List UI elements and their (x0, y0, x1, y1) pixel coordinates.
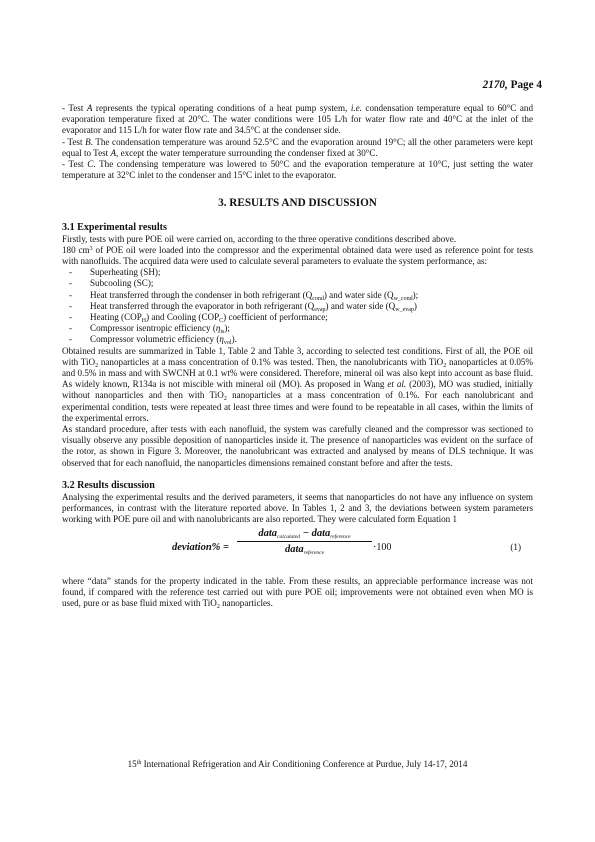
equation-number: (1) (510, 542, 521, 553)
equation-fraction: datacalculated − datareference datarefer… (237, 528, 372, 555)
page-footer: 15th International Refrigeration and Air… (0, 759, 595, 769)
list-item: Compressor volumetric efficiency (ηvol). (62, 334, 533, 345)
test-c-paragraph: - Test C. The condensing temperature was… (62, 159, 533, 181)
section-title: 3. RESULTS AND DISCUSSION (62, 198, 533, 209)
paper-number: 2170, (483, 79, 508, 91)
equation-deviation: deviation% = datacalculated − datarefere… (62, 528, 533, 568)
test-a-paragraph: - Test A represents the typical operatin… (62, 103, 533, 137)
list-item: Compressor isentropic efficiency (ηis); (62, 323, 533, 334)
list-item: Superheating (SH); (62, 267, 533, 278)
paragraph: where “data” stands for the property ind… (62, 576, 533, 610)
list-item: Heat transferred through the evaporator … (62, 301, 533, 312)
page-body: - Test A represents the typical operatin… (62, 103, 533, 609)
subsection-title-results-discussion: 3.2 Results discussion (62, 480, 533, 492)
equation-lhs: deviation% = (172, 542, 229, 553)
equation-numerator: datacalculated − datareference (237, 528, 372, 542)
page-header: 2170, Page 4 (483, 79, 542, 91)
paragraph: As standard procedure, after tests with … (62, 424, 533, 469)
equation-multiplier: ·100 (373, 542, 391, 553)
list-item: Subcooling (SC); (62, 278, 533, 289)
paragraph: 180 cm3 of POE oil were loaded into the … (62, 245, 533, 267)
subsection-title-experimental-results: 3.1 Experimental results (62, 222, 533, 234)
paragraph: Firstly, tests with pure POE oil were ca… (62, 234, 533, 245)
page-label: Page 4 (511, 79, 542, 91)
test-b-paragraph: - Test B. The condensation temperature w… (62, 137, 533, 159)
list-item: Heat transferred through the condenser i… (62, 290, 533, 301)
equation-denominator: datareference (237, 542, 372, 555)
paragraph: Analysing the experimental results and t… (62, 492, 533, 526)
list-item: Heating (COPH) and Cooling (COPC) coeffi… (62, 312, 533, 323)
paragraph: Obtained results are summarized in Table… (62, 346, 533, 424)
parameter-list: Superheating (SH); Subcooling (SC); Heat… (62, 267, 533, 345)
